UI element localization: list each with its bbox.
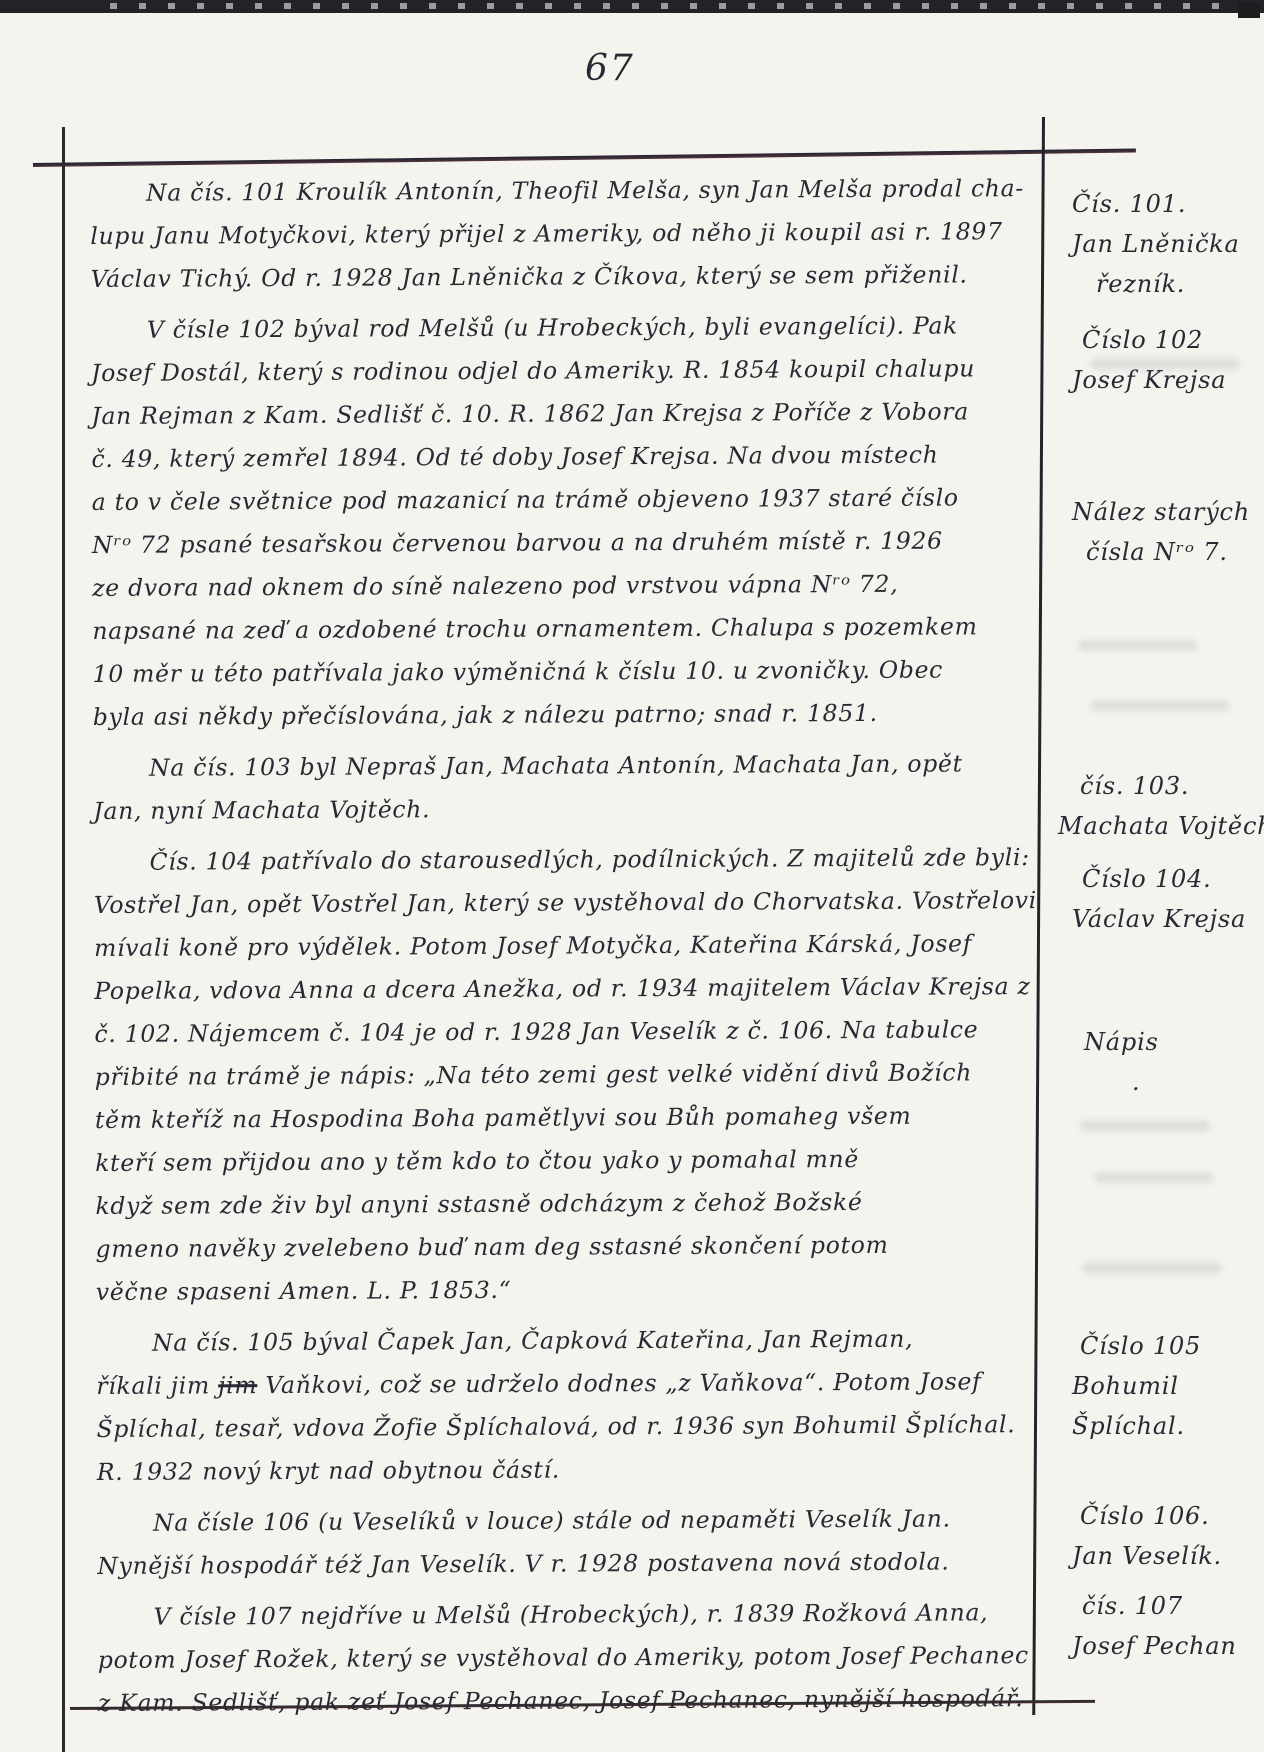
struck-word: jim bbox=[218, 1371, 257, 1399]
text-segment: těm kteříž na Hospodina Boha pamětlyvi s… bbox=[95, 1102, 912, 1134]
text-line: přibité na trámě je nápis: „Na této zemi… bbox=[95, 1051, 1030, 1099]
text-segment: 10 měr u této patřívala jako výměničná k… bbox=[93, 656, 944, 688]
text-line: když sem zde živ byl anyni sstasně odchá… bbox=[95, 1180, 1030, 1228]
text-segment: V čísle 102 býval rod Melšů (u Hrobeckýc… bbox=[147, 311, 958, 343]
bleed-through-smudge bbox=[1078, 640, 1198, 651]
text-line: věčne spaseni Amen. L. P. 1853.“ bbox=[96, 1266, 1031, 1314]
text-line: Vostřel Jan, opět Vostřel Jan, který se … bbox=[94, 879, 1029, 927]
paragraph-106: Na čísle 106 (u Veselíků v louce) stále … bbox=[97, 1497, 1032, 1588]
text-segment: ze dvora nad oknem do síně nalezeno pod … bbox=[92, 570, 898, 602]
text-line: Na čís. 105 býval Čapek Jan, Čapková Kat… bbox=[96, 1317, 1031, 1365]
text-line: Václav Tichý. Od r. 1928 Jan Lněnička z … bbox=[90, 253, 1025, 301]
text-segment: Nynější hospodář též Jan Veselík. V r. 1… bbox=[97, 1548, 949, 1580]
margin-note-nalez: Nález starých čísla Nʳᵒ 7. bbox=[1072, 492, 1262, 572]
margin-note-line: Číslo 104. bbox=[1072, 859, 1262, 899]
margin-note-line: Číslo 105 bbox=[1072, 1326, 1262, 1366]
text-segment: z Kam. Sedlišť, pak zeť Josef Pechanec, … bbox=[98, 1684, 1024, 1717]
text-segment: gmeno navěky zvelebeno buď nam deg sstas… bbox=[96, 1231, 889, 1263]
text-segment: R. 1932 nový kryt nad obytnou částí. bbox=[97, 1456, 560, 1486]
bleed-through-smudge bbox=[1090, 700, 1230, 711]
margin-note-line: . bbox=[1072, 1062, 1262, 1102]
text-line: Popelka, vdova Anna a dcera Anežka, od r… bbox=[94, 965, 1029, 1013]
text-segment: Jan Rejman z Kam. Sedlišť č. 10. R. 1862… bbox=[91, 397, 969, 430]
margin-note-105: Číslo 105 Bohumil Šplíchal. bbox=[1072, 1326, 1262, 1446]
text-line: z Kam. Sedlišť, pak zeť Josef Pechanec, … bbox=[98, 1677, 1033, 1725]
margin-note-line: čís. 103. bbox=[1072, 766, 1262, 806]
bleed-through-smudge bbox=[1082, 1262, 1222, 1274]
text-segment: Josef Dostál, který s rodinou odjel do A… bbox=[91, 354, 975, 387]
text-line: potom Josef Rožek, který se vystěhoval d… bbox=[98, 1634, 1033, 1682]
text-line: kteří sem přijdou ano y těm kdo to čtou … bbox=[95, 1137, 1030, 1185]
text-segment: č. 49, který zemřel 1894. Od té doby Jos… bbox=[91, 441, 938, 473]
text-line: a to v čele světnice pod mazanicí na trá… bbox=[92, 476, 1027, 524]
text-segment: Na čís. 103 byl Nepraš Jan, Machata Anto… bbox=[149, 749, 963, 781]
margin-note-line: Machata Vojtěch bbox=[1058, 806, 1262, 846]
text-line: Jan, nyní Machata Vojtěch. bbox=[93, 785, 1028, 833]
margin-note-line: Bohumil bbox=[1072, 1366, 1262, 1406]
page-number: 67 bbox=[585, 48, 635, 89]
margin-note-line: Čís. 101. bbox=[1072, 184, 1262, 224]
margin-note-napis: Nápis . bbox=[1072, 1022, 1262, 1102]
text-segment: V čísle 107 nejdříve u Melšů (Hrobeckých… bbox=[153, 1598, 988, 1630]
margin-note-line: Číslo 106. bbox=[1072, 1496, 1262, 1536]
text-segment: Na čísle 106 (u Veselíků v louce) stále … bbox=[153, 1505, 951, 1537]
bleed-through-smudge bbox=[1090, 358, 1240, 370]
text-line: byla asi někdy přečíslována, jak z nález… bbox=[93, 691, 1028, 739]
margin-note-106: Číslo 106. Jan Veselík. bbox=[1072, 1496, 1262, 1576]
paragraph-105: Na čís. 105 býval Čapek Jan, Čapková Kat… bbox=[96, 1317, 1032, 1494]
text-line: Josef Dostál, který s rodinou odjel do A… bbox=[91, 347, 1026, 395]
text-line: V čísle 107 nejdříve u Melšů (Hrobeckých… bbox=[97, 1591, 1032, 1639]
text-line: Šplíchal, tesař, vdova Žofie Šplíchalová… bbox=[96, 1403, 1031, 1451]
text-segment: Čís. 104 patřívalo do starousedlých, pod… bbox=[150, 843, 1030, 876]
top-rule-line bbox=[33, 149, 1136, 167]
text-segment: přibité na trámě je nápis: „Na této zemi… bbox=[95, 1058, 972, 1091]
margin-note-107: čís. 107 Josef Pechan bbox=[1072, 1586, 1262, 1666]
text-segment: Vaňkovi, což se udrželo dodnes „z Vaňkov… bbox=[257, 1367, 981, 1399]
margin-note-line: čísla Nʳᵒ 7. bbox=[1072, 532, 1262, 572]
paragraph-103: Na čís. 103 byl Nepraš Jan, Machata Anto… bbox=[93, 742, 1028, 833]
bleed-through-smudge bbox=[1080, 1120, 1210, 1132]
text-segment: říkali jim bbox=[96, 1371, 218, 1400]
margin-note-line: řezník. bbox=[1072, 264, 1262, 304]
scan-edge-dashes bbox=[110, 3, 1254, 9]
text-line: těm kteříž na Hospodina Boha pamětlyvi s… bbox=[95, 1094, 1030, 1142]
paragraph-102: V čísle 102 býval rod Melšů (u Hrobeckýc… bbox=[91, 304, 1028, 739]
margin-note-101: Čís. 101. Jan Lněnička řezník. bbox=[1072, 184, 1262, 304]
text-segment: Jan, nyní Machata Vojtěch. bbox=[93, 795, 430, 825]
text-line: R. 1932 nový kryt nad obytnou částí. bbox=[97, 1446, 1032, 1494]
left-margin-rule bbox=[62, 127, 65, 1752]
text-segment: mívali koně pro výdělek. Potom Josef Mot… bbox=[94, 929, 972, 962]
text-line: Na čísle 106 (u Veselíků v louce) stále … bbox=[97, 1497, 1032, 1545]
text-segment: Šplíchal, tesař, vdova Žofie Šplíchalová… bbox=[97, 1410, 1016, 1443]
text-segment: napsané na zeď a ozdobené trochu ornamen… bbox=[92, 612, 977, 645]
text-segment: potom Josef Rožek, který se vystěhoval d… bbox=[98, 1641, 1029, 1674]
margin-column-divider bbox=[1032, 117, 1045, 1715]
text-segment: Vostřel Jan, opět Vostřel Jan, který se … bbox=[94, 886, 1037, 919]
text-line: ze dvora nad oknem do síně nalezeno pod … bbox=[92, 562, 1027, 610]
bleed-through-smudge bbox=[1094, 1172, 1214, 1183]
margin-note-line: Číslo 102 bbox=[1072, 320, 1262, 360]
paragraph-101: Na čís. 101 Kroulík Antonín, Theofil Mel… bbox=[90, 167, 1026, 301]
scan-corner-mark bbox=[1238, 2, 1260, 18]
margin-note-line: Jan Lněnička bbox=[1072, 224, 1262, 264]
margin-note-line: Šplíchal. bbox=[1072, 1406, 1262, 1446]
text-line: Na čís. 103 byl Nepraš Jan, Machata Anto… bbox=[93, 742, 1028, 790]
text-segment: kteří sem přijdou ano y těm kdo to čtou … bbox=[95, 1145, 859, 1177]
margin-note-line: Nápis bbox=[1072, 1022, 1262, 1062]
text-line: Jan Rejman z Kam. Sedlišť č. 10. R. 1862… bbox=[91, 390, 1026, 438]
text-line: Na čís. 101 Kroulík Antonín, Theofil Mel… bbox=[90, 167, 1025, 215]
paragraph-107: V čísle 107 nejdříve u Melšů (Hrobeckých… bbox=[97, 1591, 1033, 1725]
text-segment: lupu Janu Motyčkovi, který přijel z Amer… bbox=[90, 217, 1003, 250]
margin-note-line: čís. 107 bbox=[1072, 1586, 1262, 1626]
main-text: Na čís. 101 Kroulík Antonín, Theofil Mel… bbox=[90, 167, 1033, 1733]
text-line: Čís. 104 patřívalo do starousedlých, pod… bbox=[94, 836, 1029, 884]
paragraph-104: Čís. 104 patřívalo do starousedlých, pod… bbox=[94, 836, 1031, 1314]
margin-note-104: Číslo 104. Václav Krejsa bbox=[1072, 859, 1262, 939]
text-line: mívali koně pro výdělek. Potom Josef Mot… bbox=[94, 922, 1029, 970]
text-line: gmeno navěky zvelebeno buď nam deg sstas… bbox=[96, 1223, 1031, 1271]
margin-note-line: Josef Pechan bbox=[1072, 1626, 1262, 1666]
scan-edge-strip bbox=[0, 0, 1264, 13]
text-line: V čísle 102 býval rod Melšů (u Hrobeckýc… bbox=[91, 304, 1026, 352]
text-segment: věčne spaseni Amen. L. P. 1853.“ bbox=[96, 1276, 512, 1306]
margin-note-103: čís. 103. Machata Vojtěch bbox=[1072, 766, 1262, 846]
text-segment: Nʳᵒ 72 psané tesařskou červenou barvou a… bbox=[92, 527, 943, 559]
text-line: lupu Janu Motyčkovi, který přijel z Amer… bbox=[90, 210, 1025, 258]
text-segment: Na čís. 105 býval Čapek Jan, Čapková Kat… bbox=[152, 1325, 913, 1357]
text-line: 10 měr u této patřívala jako výměničná k… bbox=[93, 648, 1028, 696]
text-segment: byla asi někdy přečíslována, jak z nález… bbox=[93, 699, 878, 731]
text-line: říkali jim jim Vaňkovi, což se udrželo d… bbox=[96, 1360, 1031, 1408]
margin-note-line: Jan Veselík. bbox=[1072, 1536, 1262, 1576]
text-line: č. 102. Nájemcem č. 104 je od r. 1928 Ja… bbox=[94, 1008, 1029, 1056]
margin-note-line: Nález starých bbox=[1072, 492, 1262, 532]
text-segment: Václav Tichý. Od r. 1928 Jan Lněnička z … bbox=[90, 260, 967, 293]
text-segment: č. 102. Nájemcem č. 104 je od r. 1928 Ja… bbox=[94, 1015, 978, 1048]
document-page: 67 Na čís. 101 Kroulík Antonín, Theofil … bbox=[0, 0, 1264, 1752]
text-line: napsané na zeď a ozdobené trochu ornamen… bbox=[92, 605, 1027, 653]
text-segment: Popelka, vdova Anna a dcera Anežka, od r… bbox=[94, 972, 1030, 1005]
text-segment: Na čís. 101 Kroulík Antonín, Theofil Mel… bbox=[146, 174, 1024, 207]
text-segment: a to v čele světnice pod mazanicí na trá… bbox=[92, 483, 959, 516]
margin-note-line: Václav Krejsa bbox=[1072, 899, 1262, 939]
text-line: Nʳᵒ 72 psané tesařskou červenou barvou a… bbox=[92, 519, 1027, 567]
text-line: Nynější hospodář též Jan Veselík. V r. 1… bbox=[97, 1540, 1032, 1588]
text-line: č. 49, který zemřel 1894. Od té doby Jos… bbox=[91, 433, 1026, 481]
text-segment: když sem zde živ byl anyni sstasně odchá… bbox=[95, 1188, 862, 1220]
